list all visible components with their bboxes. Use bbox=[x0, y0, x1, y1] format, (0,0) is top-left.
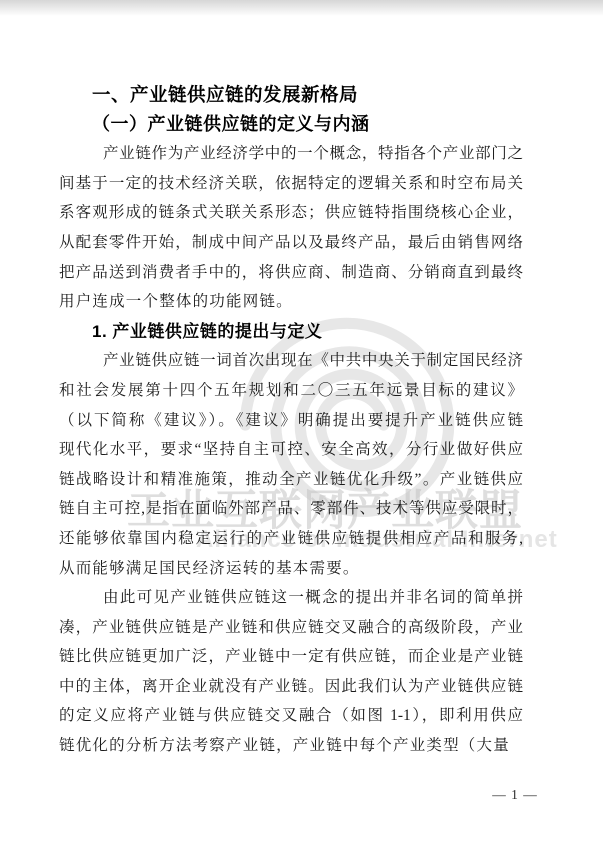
text-line: 用户连成一个整体的功能网链。 bbox=[59, 287, 523, 317]
document-page: 工业互联网产业联盟 Alliance of Industrial Interne… bbox=[0, 0, 603, 854]
text-line: 间基于一定的技术经济关联，依据特定的逻辑关系和时空布局关 bbox=[59, 169, 523, 199]
text-line: 还能够依靠国内稳定运行的产业链供应链提供相应产品和服务, bbox=[59, 524, 523, 554]
text-line: 和社会发展第十四个五年规划和二〇三五年远景目标的建议》 bbox=[59, 376, 523, 406]
section-heading: （一）产业链供应链的定义与内涵 bbox=[59, 110, 523, 140]
section-heading: 1. 产业链供应链的提出与定义 bbox=[59, 317, 523, 347]
text-line: 链比供应链更加广泛，产业链中一定有供应链，而企业是产业链 bbox=[59, 642, 523, 672]
section-heading: 一、产业链供应链的发展新格局 bbox=[59, 80, 523, 110]
text-line: 把产品送到消费者手中的，将供应商、制造商、分销商直到最终 bbox=[59, 258, 523, 288]
document-body: 一、产业链供应链的发展新格局（一）产业链供应链的定义与内涵产业链作为产业经济学中… bbox=[59, 80, 523, 761]
text-line: 链优化的分析方法考察产业链，产业链中每个产业类型（大量企 bbox=[59, 731, 523, 761]
page-number: — 1 — bbox=[470, 787, 560, 803]
text-line: 从配套零件开始，制成中间产品以及最终产品，最后由销售网络 bbox=[59, 228, 523, 258]
text-line: 从而能够满足国民经济运转的基本需要。 bbox=[59, 554, 523, 584]
text-line: 凑，产业链供应链是产业链和供应链交叉融合的高级阶段，产业 bbox=[59, 613, 523, 643]
text-line: 中的主体，离开企业就没有产业链。因此我们认为产业链供应链 bbox=[59, 672, 523, 702]
text-line: 现代化水平，要求“坚持自主可控、安全高效，分行业做好供应 bbox=[59, 435, 523, 465]
text-line: 的定义应将产业链与供应链交叉融合（如图 1-1），即利用供应 bbox=[59, 701, 523, 731]
text-line: 系客观形成的链条式关联关系形态；供应链特指围绕核心企业， bbox=[59, 198, 523, 228]
text-line: 产业链供应链一词首次出现在《中共中央关于制定国民经济 bbox=[59, 346, 523, 376]
scan-edge-shading bbox=[0, 0, 603, 16]
text-line: 由此可见产业链供应链这一概念的提出并非名词的简单拼 bbox=[59, 583, 523, 613]
text-line: 链自主可控,是指在面临外部产品、零部件、技术等供应受限时， bbox=[59, 494, 523, 524]
text-line: （以下简称《建议》）。《建议》明确提出要提升产业链供应链 bbox=[59, 406, 523, 436]
text-line: 链战略设计和精准施策，推动全产业链优化升级”。产业链供应 bbox=[59, 465, 523, 495]
text-line: 产业链作为产业经济学中的一个概念，特指各个产业部门之 bbox=[59, 139, 523, 169]
